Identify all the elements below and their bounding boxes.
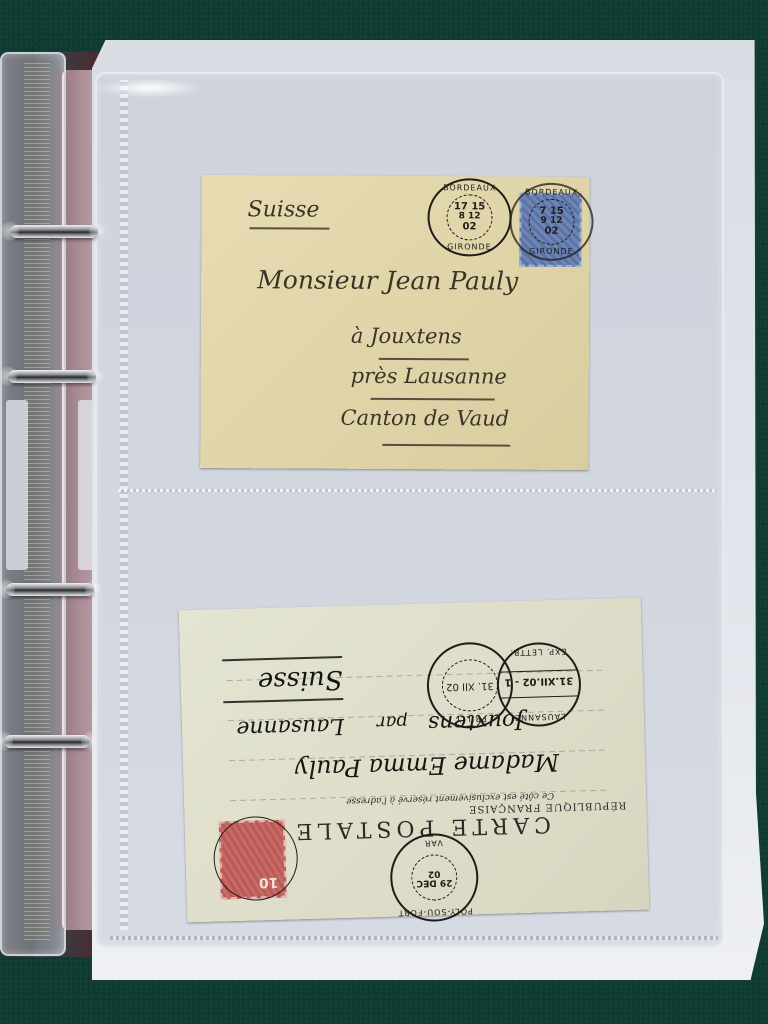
postmark-origin: POLY-SOU-FORT 29 DEC 02 VAR	[389, 832, 479, 922]
postcard-via: par	[377, 711, 408, 733]
binder-ring-1	[10, 225, 98, 238]
binder-ring-3	[6, 583, 94, 596]
postcard-flipped-content: RÉPUBLIQUE FRANÇAISE CARTE POSTALE Ce cô…	[179, 598, 650, 923]
postmark-lausanne: LAUSANNE 31.XII.02 - 1 EXP. LETTR.	[496, 641, 582, 727]
pocket-bottom-seam	[110, 936, 718, 940]
binder-ring-4	[4, 735, 90, 748]
envelope-near: près Lausanne	[351, 364, 507, 389]
album-scene: Suisse Monsieur Jean Pauly à Jouxtens pr…	[0, 0, 768, 1024]
envelope-cover[interactable]: Suisse Monsieur Jean Pauly à Jouxtens pr…	[200, 175, 590, 470]
envelope-country: Suisse	[248, 197, 320, 222]
postmark-bordeaux-2: BORDEAUX 7 15 9 12 02 GIRONDE	[509, 183, 593, 261]
postcard-addressee: Madame Emma Pauly	[295, 748, 560, 783]
postmark-bordeaux-1: BORDEAUX 17 15 8 12 02 GIRONDE	[427, 178, 511, 256]
binder-ring-2	[8, 370, 96, 383]
left-index-tab	[6, 400, 28, 570]
envelope-addressee: Monsieur Jean Pauly	[257, 265, 518, 295]
envelope-canton: Canton de Vaud	[340, 406, 509, 431]
underline	[223, 698, 343, 703]
postcard-city: Lausanne	[236, 713, 344, 741]
underline	[379, 358, 469, 360]
postcard-country: Suisse	[257, 664, 343, 696]
underline	[371, 398, 495, 401]
underline	[382, 444, 510, 447]
light-glare	[95, 78, 205, 98]
postcard-cover[interactable]: RÉPUBLIQUE FRANÇAISE CARTE POSTALE Ce cô…	[179, 598, 650, 923]
pocket-left-seam	[120, 80, 128, 930]
envelope-town: à Jouxtens	[351, 324, 462, 349]
pocket-divider	[118, 489, 716, 492]
underline	[222, 656, 342, 661]
underline	[249, 227, 329, 229]
